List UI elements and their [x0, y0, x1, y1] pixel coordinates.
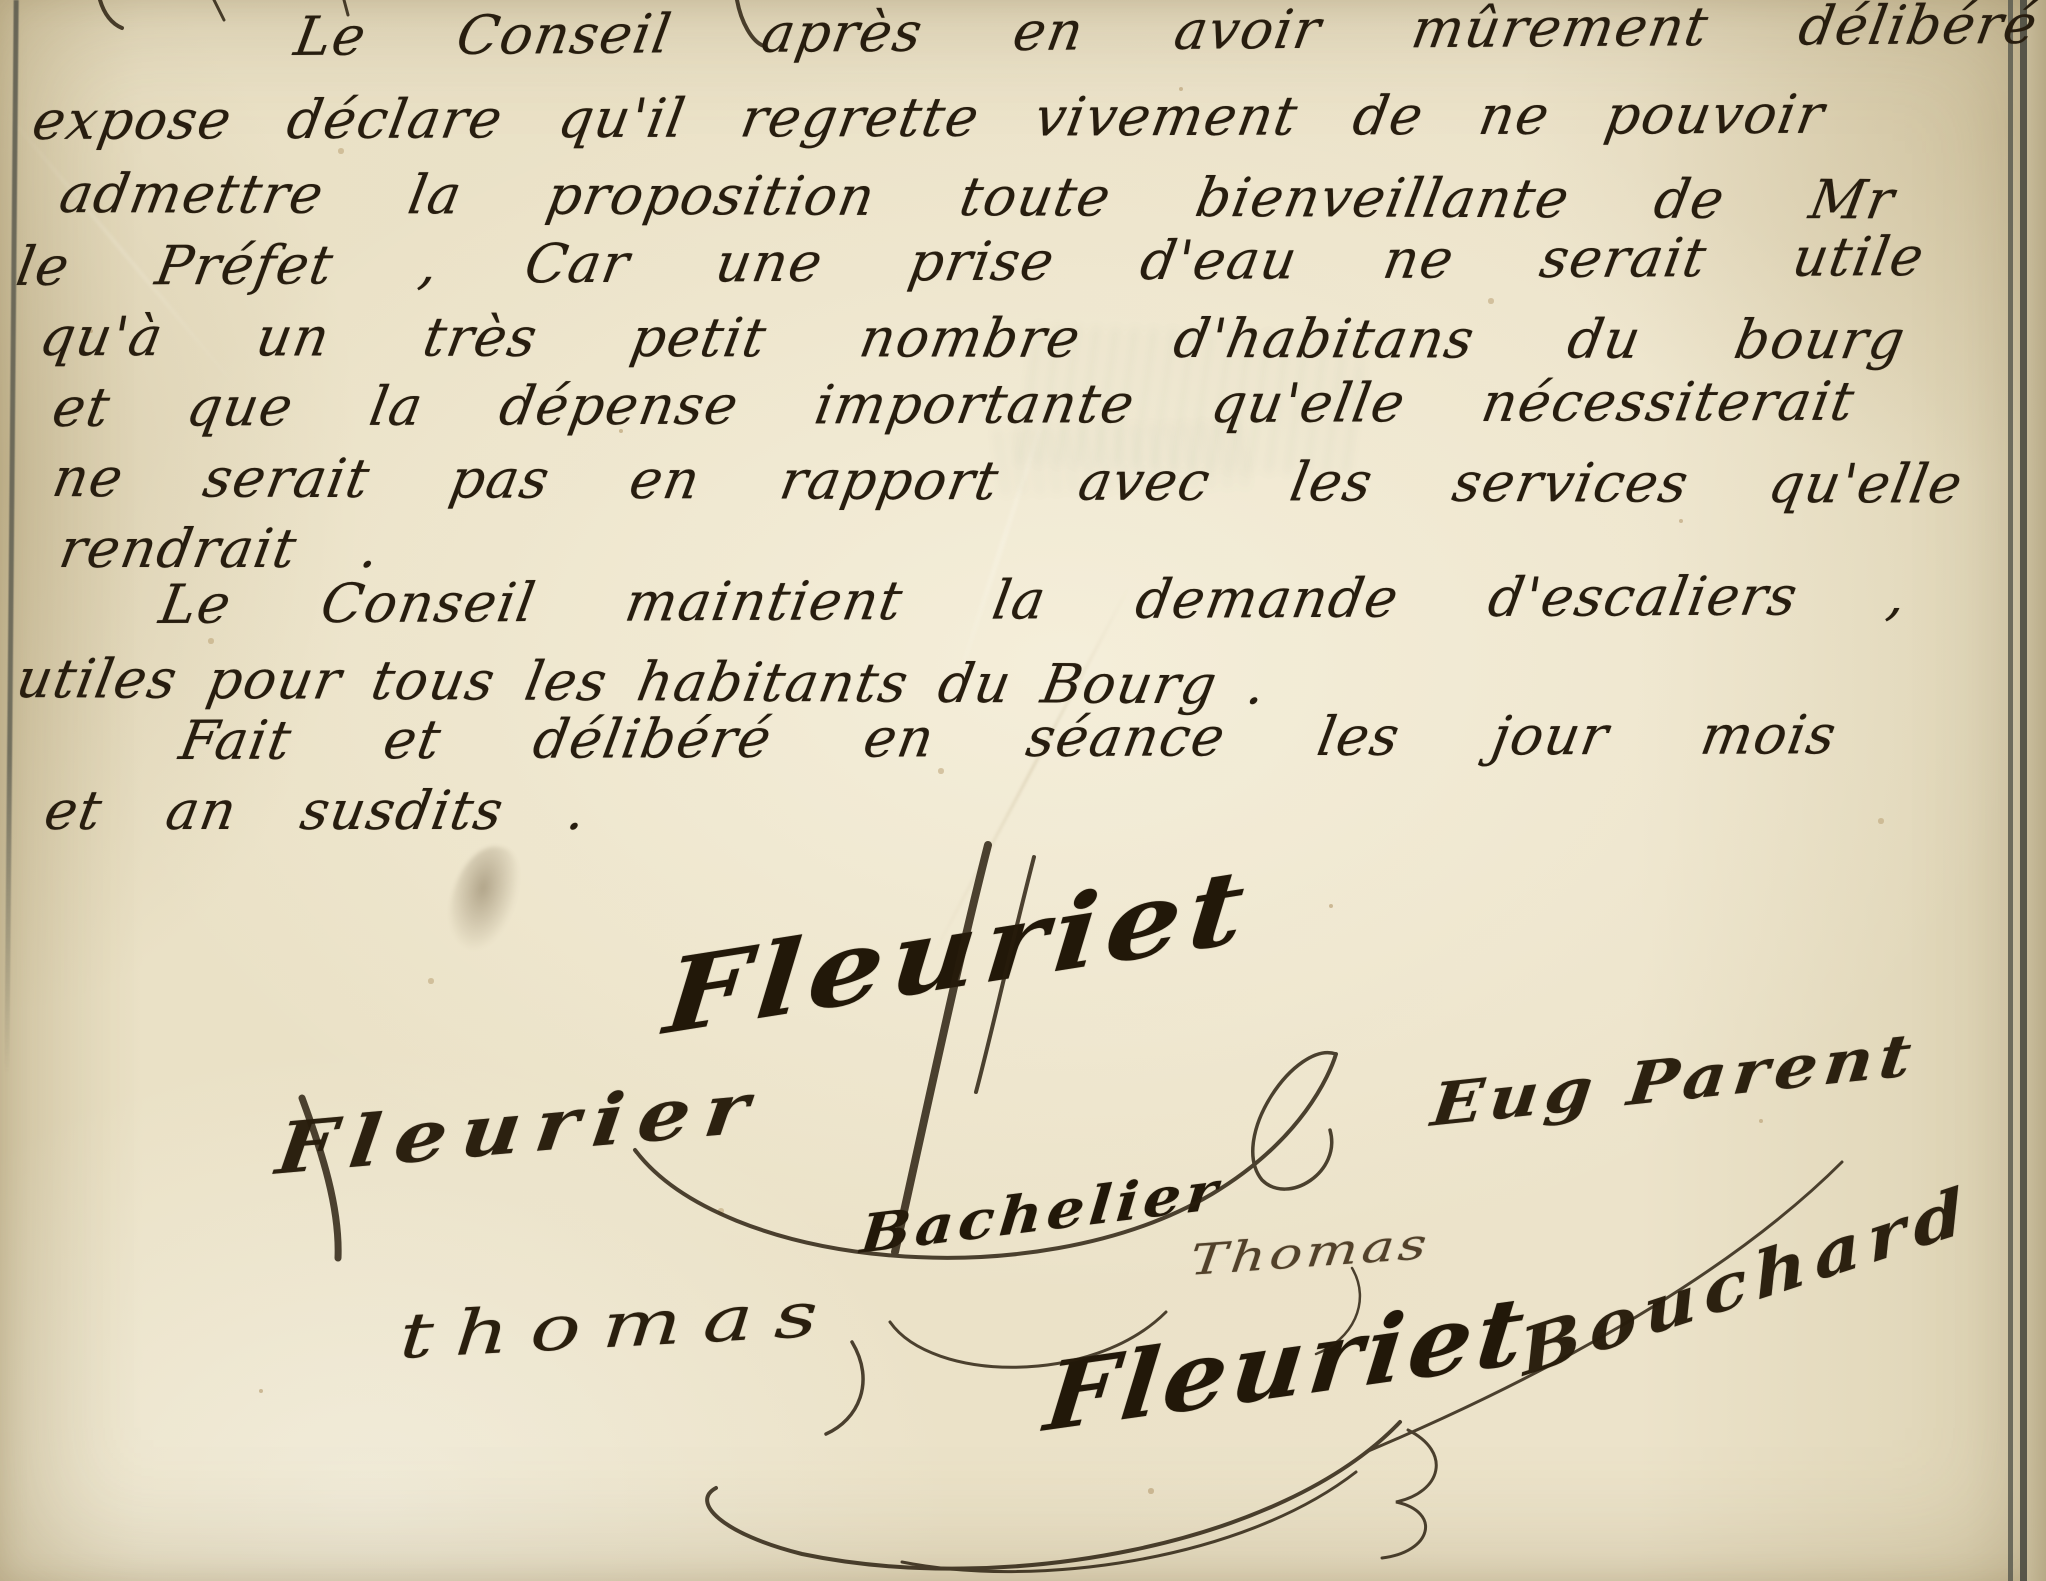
signature-bouchard: Bouchard [1517, 1171, 1974, 1391]
handwritten-line: et an susdits . [40, 780, 611, 842]
signature-eug-parent: Eug Parent [1428, 1020, 1920, 1140]
margin-rule-right [2020, 0, 2027, 1581]
handwritten-line: admettre la proposition toute bienveilla… [55, 163, 1900, 231]
manuscript-page: Le Conseil après en avoir mûrement délib… [0, 0, 2046, 1581]
margin-rule-left [4, 0, 18, 1075]
handwritten-line: et que la dépense importante qu'elle néc… [48, 371, 1860, 439]
page-edge [2027, 0, 2046, 1581]
signature-fleurier: Fleurier [272, 1064, 767, 1191]
ink-blot [441, 840, 526, 959]
signature-thomas-small: Thomas [1188, 1219, 1433, 1285]
handwritten-line: expose déclare qu'il regrette vivement d… [28, 84, 1830, 152]
handwritten-line: ne serait pas en rapport avec les servic… [48, 447, 1968, 516]
handwritten-line: Le Conseil après en avoir mûrement délib… [290, 0, 2043, 68]
signature-bachelier: Bachelier [858, 1160, 1224, 1266]
handwritten-line: Le Conseil maintient la demande d'escali… [155, 565, 1912, 636]
handwritten-line: le Préfet , Car une prise d'eau ne serai… [12, 226, 1929, 298]
handwritten-line: Fait et délibéré en séance les jour mois [175, 704, 1842, 772]
handwritten-line: qu'à un très petit nombre d'habitans du … [35, 306, 1910, 371]
signature-fleuriet-bottom: Fleuriet [1040, 1275, 1533, 1453]
signature-thomas-large: thomas [398, 1277, 841, 1373]
margin-rule-right [2008, 0, 2013, 1581]
signature-fleuriet-large: Fleuriet [660, 844, 1256, 1058]
paper-freckles [0, 0, 2, 2]
